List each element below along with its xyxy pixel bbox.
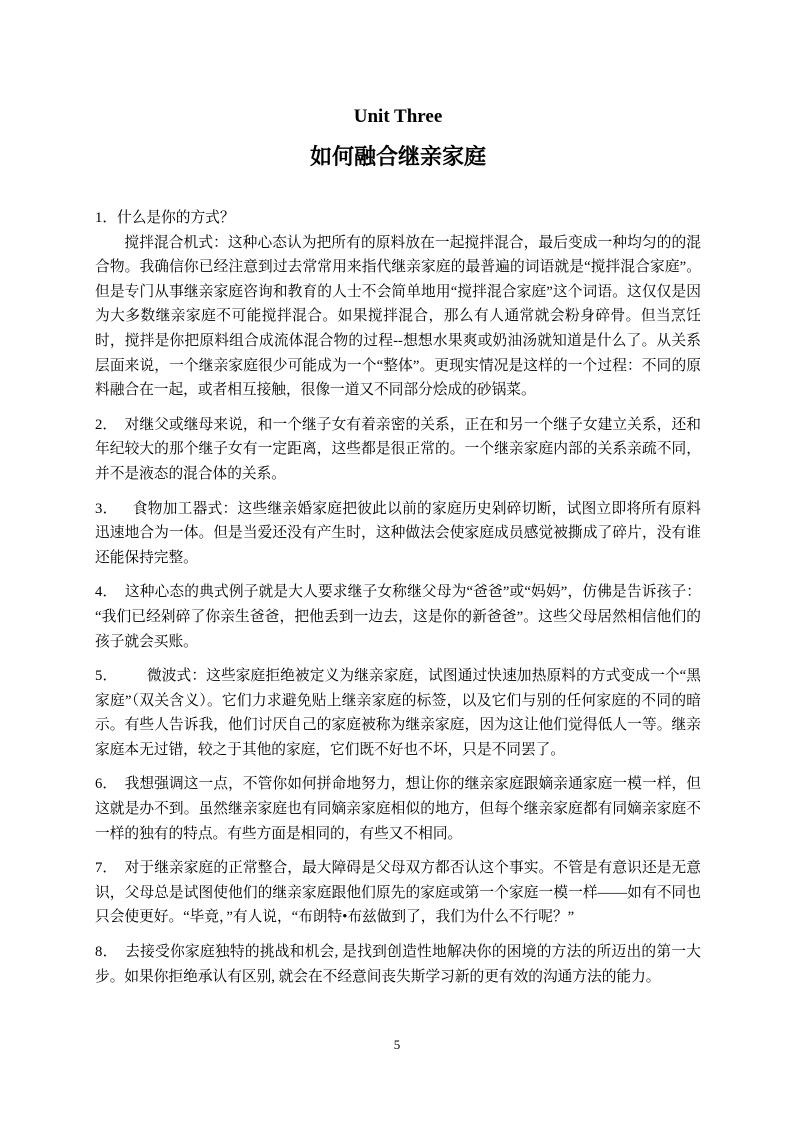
- chinese-title: 如何融合继亲家庭: [95, 142, 701, 172]
- paragraph-2: 2． 对继父或继母来说，和一个继子女有着亲密的关系，正在和另一个继子女建立关系，…: [95, 413, 701, 487]
- paragraph-6: 6． 我想强调这一点，不管你如何拼命地努力，想让你的继亲家庭跟嫡亲通家庭一模一样…: [95, 772, 701, 846]
- paragraph-4: 4． 这种心态的典式例子就是大人要求继子女称继父母为“爸爸”或“妈妈”，仿佛是告…: [95, 580, 701, 654]
- section-heading: 1．什么是你的方式？: [95, 206, 701, 231]
- page-number: 5: [0, 1036, 794, 1054]
- paragraph-8: 8． 去接受你家庭独特的挑战和机会, 是找到创造性地解决你的困境的方法的所迈出的…: [95, 940, 701, 989]
- paragraph-1-body: 搅拌混合机式：这种心态认为把所有的原料放在一起搅拌混合，最后变成一种均匀的的混合…: [95, 231, 701, 403]
- document-page: Unit Three 如何融合继亲家庭 1．什么是你的方式？ 搅拌混合机式：这种…: [0, 0, 794, 1123]
- paragraph-3: 3． 食物加工器式：这些继亲婚家庭把彼此以前的家庭历史剁碎切断，试图立即将所有原…: [95, 497, 701, 571]
- paragraph-7: 7． 对于继亲家庭的正常整合，最大障碍是父母双方都否认这个事实。不管是有意识还是…: [95, 856, 701, 930]
- unit-title: Unit Three: [95, 104, 701, 130]
- paragraph-5: 5． 微波式：这些家庭拒绝被定义为继亲家庭，试图通过快速加热原料的方式变成一个“…: [95, 664, 701, 762]
